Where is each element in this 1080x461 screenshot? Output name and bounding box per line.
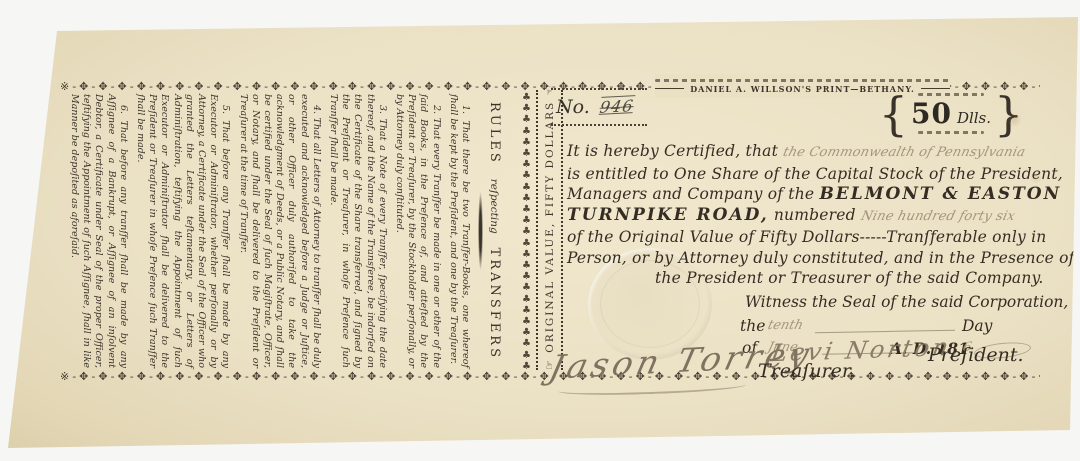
rule-item: 3. That a Note of every Tranſfer, ſpecif… — [327, 94, 388, 368]
original-value-text: ORIGINAL VALUE, FIFTY DOLLARS — [544, 101, 556, 353]
badge-ornament-top — [918, 93, 984, 96]
original-value-strip: ☞ ORIGINAL VALUE, FIFTY DOLLARS ☜ — [536, 90, 563, 370]
handwritten-shareholder: the Commonwealth of Pennsylvania — [781, 143, 1028, 164]
body-line: Managers and Company of the BELMONT & EA… — [567, 184, 1027, 205]
scroll-flourish — [655, 79, 950, 82]
body-print: numbered — [774, 206, 856, 224]
company-name-part2: TURNPIKE ROAD, — [567, 205, 769, 225]
rule-item: 1. That there be two Tranſfer-Books, one… — [447, 94, 471, 368]
certificate-paper: ※-✥-✥-✥-✥-✥-✥-✥-✥-✥-✥-✥-✥-✥-✥-✥-✥-✥-✥-✥-… — [0, 0, 1080, 461]
rule-item: 5. That before any Tranſfer ſhall be mad… — [134, 94, 232, 368]
president-label: Preſident. — [928, 344, 1024, 366]
rules-title-respecting: reſpecting — [488, 179, 500, 234]
number-handwritten: 946 — [598, 96, 635, 117]
rules-list: 1. That there be two Tranſfer-Books, one… — [68, 92, 471, 370]
paper-stain — [1006, 112, 1022, 128]
body-print: It is hereby Certified, that — [567, 142, 778, 160]
treasurer-label: Treaſurer. — [758, 360, 855, 382]
dotted-rule-bottom — [551, 124, 647, 126]
body-line: It is hereby Certified, that the Commonw… — [567, 141, 1027, 164]
scanned-certificate: ※-✥-✥-✥-✥-✥-✥-✥-✥-✥-✥-✥-✥-✥-✥-✥-✥-✥-✥-✥-… — [0, 0, 1080, 461]
witness-line: Witness the Seal of the said Corporation… — [745, 293, 1068, 311]
day-label: Day — [962, 317, 992, 335]
body-line: of the Original Value of Fifty Dollars--… — [567, 227, 1027, 248]
handwritten-day: tenth — [766, 318, 805, 333]
badge-ornament-bottom — [918, 131, 984, 134]
body-line: is entitled to One Share of the Capital … — [567, 164, 1027, 185]
body-line: Person, or by Attorney duly constituted,… — [567, 248, 1027, 269]
denomination-unit: Dlls. — [957, 109, 991, 127]
rule-item: 2. That every Tranſfer be made in one or… — [393, 94, 442, 368]
brace-left: { — [879, 89, 908, 139]
body-line: TURNPIKE ROAD, numbered Nine hundred for… — [567, 205, 1027, 228]
denomination-badge: { 50 Dlls. } — [892, 85, 1010, 142]
body-print: Managers and Company of the — [567, 185, 814, 203]
paper-stain — [1030, 172, 1042, 184]
rules-title-transfers: TRANSFERS — [487, 248, 502, 360]
handwritten-share-number: Nine hundred forty six — [858, 207, 1017, 228]
company-name-part1: BELMONT & EASTON — [819, 184, 1061, 204]
rules-title: RULES reſpecting TRANSFERS — [487, 92, 502, 370]
rule-item: 6. That before any tranſfer ſhall be mad… — [68, 94, 129, 368]
dotted-rule-top — [551, 88, 647, 90]
number-label: No. — [556, 96, 590, 118]
rule-item: 4. That all Letters of Attorney to tranſ… — [236, 94, 321, 368]
denomination-amount: 50 — [911, 97, 952, 130]
body-line: the President or Treasurer of the said C… — [567, 268, 1027, 289]
rules-title-word: RULES — [487, 102, 502, 165]
leaf-ornament-column: ♣ ♣ ♣ ♣ ♣ ♣ ♣ ♣ ♣ ♣ ♣ ♣ ♣ ♣ ♣ ♣ ♣ ♣ ♣ ♣ … — [519, 92, 534, 370]
blank-rule — [815, 330, 955, 333]
imprint-rule-left — [655, 88, 684, 89]
certificate-body: It is hereby Certified, that the Commonw… — [567, 141, 1027, 289]
swelled-rule-divider — [478, 191, 483, 271]
the-label: the — [740, 317, 765, 335]
rules-panel: RULES reſpecting TRANSFERS 1. That there… — [72, 92, 504, 370]
